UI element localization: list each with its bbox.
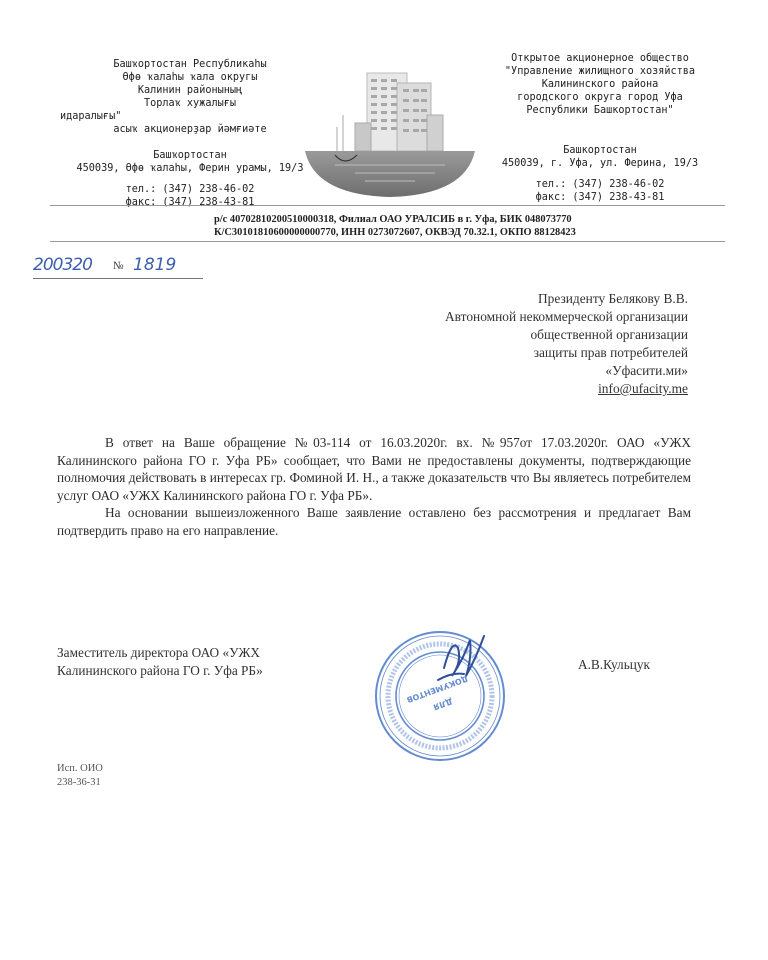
letterhead-right-region: Башкортостан bbox=[470, 144, 730, 157]
addressee-line: Автономной некоммерческой организации bbox=[445, 308, 688, 326]
registration-underline bbox=[33, 278, 203, 279]
letterhead-left-line: идаралығы" bbox=[60, 110, 320, 123]
letterhead-left-line: Өфө ҡалаһы ҡала округы bbox=[60, 71, 320, 84]
number-sign: № bbox=[113, 260, 124, 272]
stamp-text: ДОКУМЕНТОВ bbox=[405, 674, 469, 705]
letter-body: В ответ на Ваше обращение №03-114 от 16.… bbox=[57, 434, 691, 540]
handwritten-number: 1819 bbox=[133, 255, 176, 275]
executor-label: Исп. ОИО bbox=[57, 762, 103, 776]
outgoing-registration: 200320 № 1819 bbox=[33, 255, 203, 281]
letterhead-left-line: Калинин районының bbox=[60, 84, 320, 97]
signatory-title: Заместитель директора ОАО «УЖХ Калининск… bbox=[57, 644, 263, 680]
signatory-name: А.В.Кульцук bbox=[578, 657, 650, 673]
addressee-block: Президенту Белякову В.В. Автономной неко… bbox=[445, 290, 688, 398]
bank-details-line: р/с 40702810200510000318, Филиал ОАО УРА… bbox=[214, 213, 576, 226]
building-emblem-icon bbox=[295, 55, 485, 200]
letterhead-right-address: 450039, г. Уфа, ул. Ферина, 19/3 bbox=[470, 157, 730, 170]
executor-phone: 238-36-31 bbox=[57, 776, 103, 790]
letterhead-right-line: Республики Башкортостан" bbox=[470, 104, 730, 117]
body-paragraph: В ответ на Ваше обращение №03-114 от 16.… bbox=[57, 434, 691, 504]
addressee-line: общественной организации bbox=[445, 326, 688, 344]
letterhead-left-region: Башҡортостан bbox=[60, 149, 320, 162]
addressee-line: Президенту Белякову В.В. bbox=[445, 290, 688, 308]
handwritten-date: 200320 bbox=[33, 255, 92, 275]
body-paragraph: На основании вышеизложенного Ваше заявле… bbox=[57, 504, 691, 539]
letterhead-left-fax: факс: (347) 238-43-81 bbox=[60, 196, 320, 209]
letterhead-left: Башҡортостан Республикаһы Өфө ҡалаһы ҡал… bbox=[60, 58, 320, 209]
letterhead-left-org-type: асыҡ акционерҙар йәмғиәте bbox=[60, 123, 320, 136]
letterhead-left-address: 450039, Өфө ҡалаһы, Ферин урамы, 19/3 bbox=[60, 162, 320, 175]
letterhead-left-phone: тел.: (347) 238-46-02 bbox=[60, 183, 320, 196]
addressee-line: защиты прав потребителей bbox=[445, 344, 688, 362]
letterhead-left-line: Торлаҡ хужалығы bbox=[60, 97, 320, 110]
executor-info: Исп. ОИО 238-36-31 bbox=[57, 762, 103, 790]
letterhead-left-line: Башҡортостан Республикаһы bbox=[60, 58, 320, 71]
letterhead-right-fax: факс: (347) 238-43-81 bbox=[470, 191, 730, 204]
letterhead-right-phone: тел.: (347) 238-46-02 bbox=[470, 178, 730, 191]
letterhead-divider-bottom bbox=[50, 241, 725, 242]
letterhead-right-line: Открытое акционерное общество bbox=[470, 52, 730, 65]
bank-details: р/с 40702810200510000318, Филиал ОАО УРА… bbox=[214, 213, 576, 239]
signatory-title-line: Заместитель директора ОАО «УЖХ bbox=[57, 644, 263, 662]
bank-details-line: К/С30101810600000000770, ИНН 0273072607,… bbox=[214, 226, 576, 239]
letterhead-divider-top bbox=[50, 205, 725, 206]
letterhead-right-line: "Управление жилищного хозяйства bbox=[470, 65, 730, 78]
addressee-line: «Уфасити.ми» bbox=[445, 362, 688, 380]
signatory-title-line: Калининского района ГО г. Уфа РБ» bbox=[57, 662, 263, 680]
letterhead-right-line: Калининского района bbox=[470, 78, 730, 91]
addressee-email-link[interactable]: info@ufacity.me bbox=[445, 380, 688, 398]
stamp-text: ДЛЯ bbox=[432, 696, 454, 711]
letterhead-right-line: городского округа город Уфа bbox=[470, 91, 730, 104]
official-stamp: ДЛЯ ДОКУМЕНТОВ bbox=[372, 628, 508, 764]
letterhead-right: Открытое акционерное общество "Управлени… bbox=[470, 52, 730, 204]
